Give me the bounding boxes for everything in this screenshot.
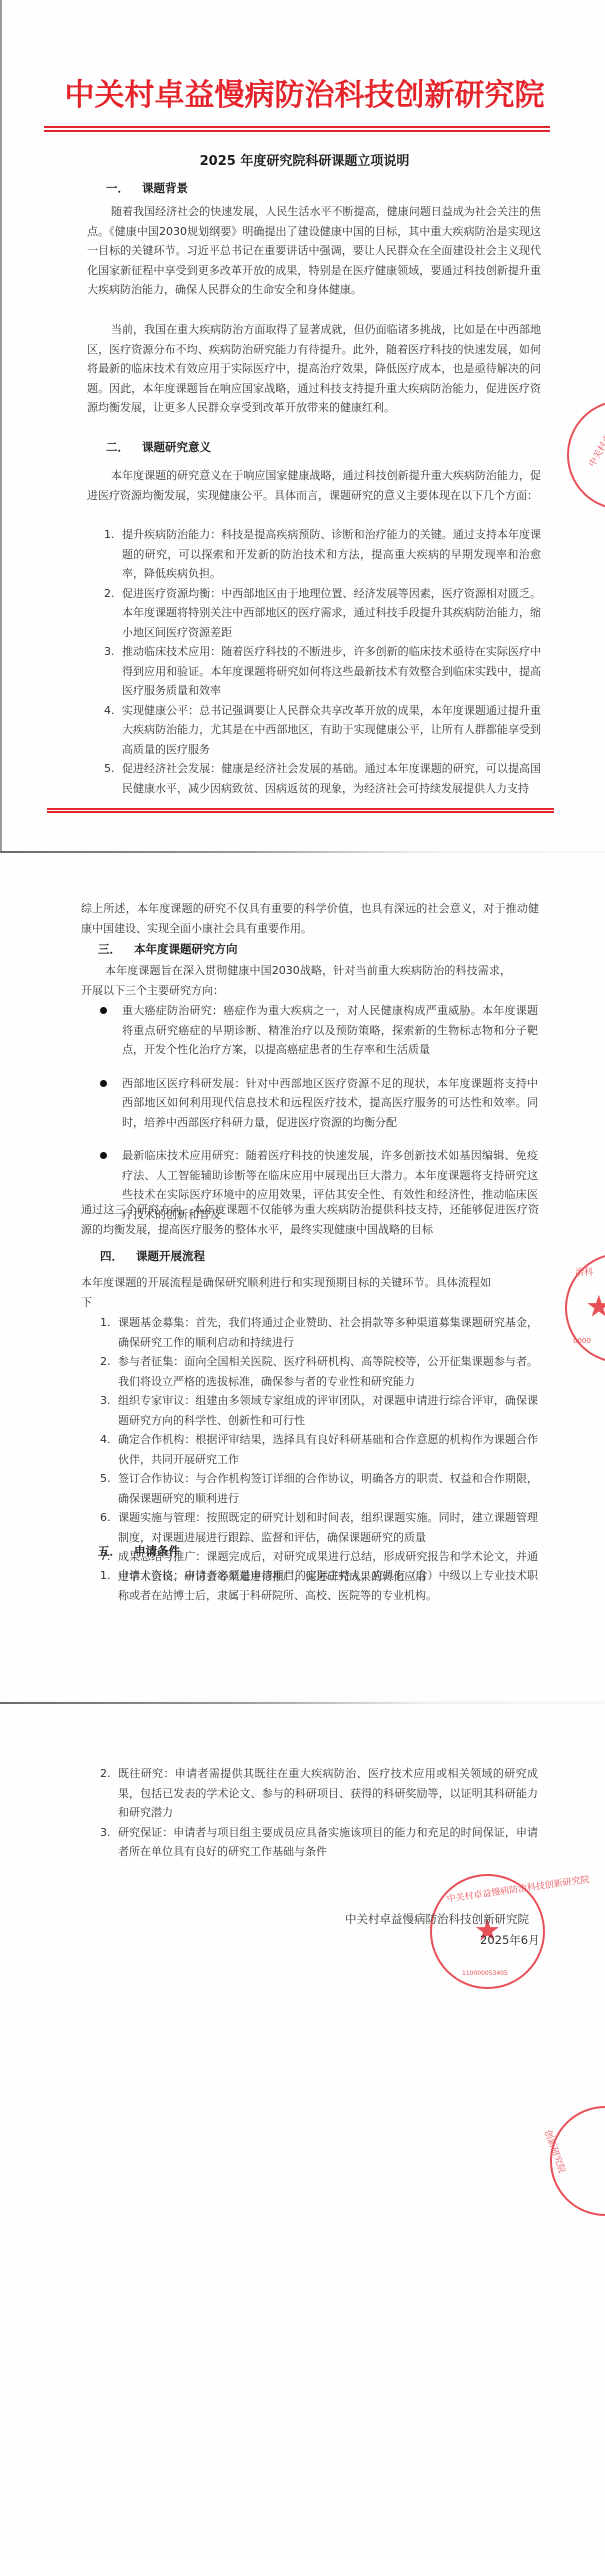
list-item: 5.促进经济社会发展：健康是经济社会发展的基础。通过本年度课题的研究，可以提高国…	[104, 759, 541, 798]
partial-seal-stamp: 中关村卓益慢病	[567, 400, 605, 510]
section-number: 五．	[98, 1543, 134, 1559]
list-item: 1.申请人资格：申请者必须是申请项目的实际主持人，应具有（含）中级以上专业技术职…	[100, 1566, 538, 1605]
star-icon: ★	[585, 1292, 605, 1322]
directions-intro: 本年度课题旨在深入贯彻健康中国2030战略，针对当前重大疾病防治的科技需求，开展…	[81, 961, 511, 1000]
significance-list: 1.提升疾病防治能力：科技是提高疾病预防、诊断和治疗能力的关键。通过支持本年度课…	[104, 525, 541, 798]
section-number: 一．	[106, 180, 142, 196]
directions-list: 重大癌症防治研究：癌症作为重大疾病之一，对人民健康构成严重威胁。本年度课题将重点…	[100, 1001, 538, 1224]
section-title: 申请条件	[134, 1544, 180, 1558]
signature-date: 2025年6月	[480, 1932, 540, 1948]
significance-conclusion: 综上所述，本年度课题的研究不仅具有重要的科学价值，也具有深远的社会意义，对于推动…	[81, 899, 539, 938]
bullet-icon	[100, 1080, 107, 1087]
list-item: 3.组织专家审议：组建由多领域专家组成的评审团队，对课题申请进行综合评审，确保课…	[100, 1391, 538, 1430]
section-title: 课题开展流程	[136, 1249, 205, 1263]
list-item: 重大癌症防治研究：癌症作为重大疾病之一，对人民健康构成严重威胁。本年度课题将重点…	[100, 1001, 538, 1060]
list-item: 6.课题实施与管理：按照既定的研究计划和时间表，组织课题实施。同时，建立课题管理…	[100, 1508, 538, 1547]
directions-conclusion: 通过这三个研究方向，本年度课题不仅能够为重大疾病防治提供科技支持，还能够促进医疗…	[81, 1200, 539, 1239]
document-page-1: 中关村卓益慢病防治科技创新研究院 2025 年度研究院科研课题立项说明 一．课题…	[0, 0, 605, 851]
significance-intro: 本年度课题的研究意义在于响应国家健康战略，通过科技创新提升重大疾病防治能力，促进…	[87, 466, 541, 505]
list-item: 1.课题基金募集：首先，我们将通过企业赞助、社会捐款等多种渠道募集课题研究基金，…	[100, 1313, 538, 1352]
section-5-heading: 五．申请条件	[98, 1543, 180, 1559]
section-title: 课题背景	[142, 181, 188, 195]
list-item: 1.提升疾病防治能力：科技是提高疾病预防、诊断和治疗能力的关键。通过支持本年度课…	[104, 525, 541, 584]
bullet-icon	[100, 1007, 107, 1014]
list-item: 3.推动临床技术应用：随着医疗科技的不断进步，许多创新的临床技术亟待在实际医疗中…	[104, 642, 541, 701]
letterhead-rule	[44, 126, 550, 132]
list-item: 5.签订合作协议：与合作机构签订详细的合作协议，明确各方的职责、权益和合作期限，…	[100, 1469, 538, 1508]
signature-org: 中关村卓益慢病防治科技创新研究院	[345, 1911, 529, 1927]
process-intro: 本年度课题的开展流程是确保研究顺利进行和实现预期目标的关键环节。具体流程如下	[81, 1273, 491, 1312]
list-item: 西部地区医疗科研发展：针对中西部地区医疗资源不足的现状，本年度课题将支持中西部地…	[100, 1074, 538, 1133]
document-page-2: 综上所述，本年度课题的研究不仅具有重要的科学价值，也具有深远的社会意义，对于推动…	[0, 853, 605, 1701]
section-title: 课题研究意义	[142, 440, 211, 454]
requirements-list-part-1: 1.申请人资格：申请者必须是申请项目的实际主持人，应具有（含）中级以上专业技术职…	[100, 1566, 538, 1605]
section-title: 本年度课题研究方向	[134, 942, 238, 956]
list-item: 2.既往研究：申请者需提供其既往在重大疾病防治、医疗技术应用或相关领域的研究成果…	[100, 1764, 538, 1823]
partial-seal-stamp: 治科 ★ 0000	[565, 1253, 605, 1363]
list-item: 3.研究保证：申请者与项目组主要成员应具备实施该项目的能力和充足的时间保证，申请…	[100, 1823, 538, 1862]
section-3-heading: 三．本年度课题研究方向	[98, 941, 238, 957]
background-paragraph-1: 随着我国经济社会的快速发展，人民生活水平不断提高，健康问题日益成为社会关注的焦点…	[87, 202, 541, 300]
document-title: 2025 年度研究院科研课题立项说明	[2, 150, 605, 169]
list-item: 4.确定合作机构：根据评审结果，选择具有良好科研基础和合作意愿的机构作为课题合作…	[100, 1430, 538, 1469]
list-item: 2.促进医疗资源均衡：中西部地区由于地理位置、经济发展等因素，医疗资源相对匮乏。…	[104, 584, 541, 643]
section-number: 二．	[106, 439, 142, 455]
list-item: 4.实现健康公平：总书记强调要让人民群众共享改革开放的成果，本年度课题通过提升重…	[104, 701, 541, 760]
requirements-list-part-2: 2.既往研究：申请者需提供其既往在重大疾病防治、医疗技术应用或相关领域的研究成果…	[100, 1764, 538, 1862]
section-2-heading: 二．课题研究意义	[106, 439, 211, 455]
letterhead-title: 中关村卓益慢病防治科技创新研究院	[2, 70, 605, 114]
document-page-3: 2.既往研究：申请者需提供其既往在重大疾病防治、医疗技术应用或相关领域的研究成果…	[0, 1704, 605, 2560]
bullet-icon	[100, 1152, 107, 1159]
section-1-heading: 一．课题背景	[106, 180, 188, 196]
section-4-heading: 四．课题开展流程	[100, 1248, 205, 1264]
section-number: 三．	[98, 941, 134, 957]
background-paragraph-2: 当前，我国在重大疾病防治方面取得了显著成就，但仍面临诸多挑战，比如是在中西部地区…	[87, 320, 541, 418]
footer-rule	[47, 808, 554, 813]
section-number: 四．	[100, 1248, 136, 1264]
list-item: 2.参与者征集：面向全国相关医院、医疗科研机构、高等院校等，公开征集课题参与者。…	[100, 1352, 538, 1391]
partial-seal-stamp: 创新研究院	[550, 2106, 605, 2216]
